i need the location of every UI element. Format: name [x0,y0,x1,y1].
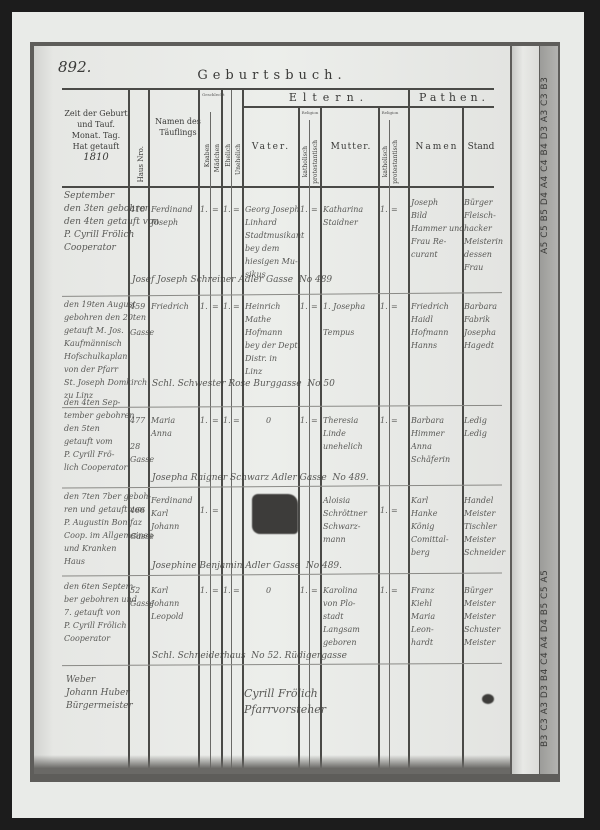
header-godparents: Pathen. [414,92,494,103]
page-bottom-shadow [34,755,510,774]
entry-father-catholic: 1. [300,300,308,313]
entry-father-catholic: 1. [300,203,308,216]
entry-godparent-status: Barbara Fabrik Josepha Hagedt [464,300,497,352]
col-rule [198,90,200,774]
entry-girl: = [212,300,219,313]
entry-legit: 1. [223,584,231,597]
header-top-rule [62,88,494,90]
page-title: Geburtsbuch. [34,68,510,83]
entry-address-note: Josepha Raigner Schwarz Adler Gasse No 4… [152,472,369,485]
strip-label-bottom: B3 C3 A3 D3 B4 C4 A4 D4 B5 C5 A5 [540,546,558,770]
entry-godparent-status: Ledig Ledig [464,414,487,440]
col-rule [309,120,310,774]
entry-mother-catholic: 1. [380,504,388,517]
entry-father-catholic: 1. [300,414,308,427]
entry-mother-catholic: 1. [380,300,388,313]
header-godparent-status: Stand [464,142,498,153]
header-father: Vater. [246,142,296,153]
entry-mother-protestant: = [391,504,398,517]
entry-illegit: = [233,414,240,427]
entry-girl: = [212,203,219,216]
entry-illegit: = [233,300,240,313]
entry-godparent-status: Bürger Fleisch- hacker Meisterin dessen … [464,196,503,274]
entry-father: Heinrich Mathe Hofmann bey der Dept. Dis… [245,300,300,378]
entry-mother: Karolina von Plo- stadt Langsam geboren [323,584,360,649]
eltern-group-rule [242,106,408,108]
header-date: Zeit der Geburt und Tauf. Monat. Tag. Ha… [64,108,128,152]
col-rule [221,90,223,774]
entry-date: den 4ten Sep- tember gebohren den 5ten g… [64,396,134,474]
entry-godparent-name: Karl Hanke König Comittal- berg [411,494,449,559]
entry-date: September den 3ten gebohren den 4ten get… [64,190,159,255]
entry-godparent-status: Bürger Meister Meister Schuster Meister [464,584,500,649]
archive-color-strip: A5 C5 B5 D4 A4 C4 B4 D3 A3 C3 B3 B3 C3 A… [540,46,558,774]
entry-address-note: Josephine Benjamin Adler Gasse No 489. [152,560,342,573]
entry-boy: 1. [200,414,208,427]
entry-father-protestant: = [311,300,318,313]
entry-child-name: Ferdinand Joseph [151,203,193,229]
header-illegitimate: Unehelich [235,144,242,175]
entry-mother-protestant: = [391,203,398,216]
header-sex-group: Geschlecht [202,92,218,97]
entry-girl: = [212,504,219,517]
entry-illegit: = [233,584,240,597]
entry-girl: = [212,584,219,597]
register-page: 892. Geburtsbuch. Zeit der Geburt und Ta… [34,46,510,774]
entry-father-protestant: = [311,414,318,427]
entry-boy: 1. [200,504,208,517]
ink-blot [252,494,298,534]
entry-father: 0 [266,584,271,597]
entry-address-note: Schl. Schwester Rose Burggasse No 50 [152,378,335,391]
entry-mother-catholic: 1. [380,414,388,427]
entry-mother: Theresia Linde unehelich [323,414,363,453]
entry-child-name: Maria Anna [151,414,175,440]
col-rule [408,90,410,774]
col-rule [320,106,322,774]
entry-girl: = [212,414,219,427]
header-mother-protestant: protestantisch [392,140,399,184]
entry-godparent-name: Friedrich Haidl Hofmann Hanns [411,300,449,352]
header-house-no: Haus Nro. [137,146,145,182]
header-father-catholic: katholisch [302,146,309,177]
header-parents: Eltern. [274,92,384,103]
entry-child-name: Ferdinand Karl Johann [151,494,193,533]
footer-left-note: Weber Johann Huber Bürgermeister [66,674,133,713]
entry-father: 0 [266,414,271,427]
entry-mother-protestant: = [391,414,398,427]
header-mother: Mutter. [326,142,376,153]
strip-label-top: A5 C5 B5 D4 A4 C4 B4 D3 A3 C3 B3 [540,50,558,280]
entry-father-protestant: = [311,584,318,597]
header-girl: Mädchen [214,144,221,172]
entry-mother: 1. Josepha Tempus [323,300,365,339]
header-mother-religion: Religion [380,110,400,115]
col-rule [389,120,390,774]
header-bottom-rule [62,186,494,188]
entry-mother-catholic: 1. [380,584,388,597]
entry-address-note: Josef Joseph Schreiner Adler Gasse No 48… [132,274,332,287]
entry-mother: Katharina Staidner [323,203,363,229]
entry-house-no: 410 [130,203,145,216]
entry-mother-catholic: 1. [380,203,388,216]
col-rule [210,112,211,774]
priest-signature: Cyrill Frölich Pfarrvorsteher [244,686,326,718]
entry-address-note: Schl. Schneiderhaus No 52. Rüdigergasse [152,650,347,663]
entry-boy: 1. [200,584,208,597]
entry-date: den 6ten Septem- ber gebohren und 7. get… [64,580,137,645]
entry-godparent-name: Joseph Bild Hammer und Frau Re- curant [411,196,464,261]
col-rule [231,90,232,774]
entry-mother: Aloisia Schröttner Schwarz- mann [323,494,367,546]
entry-illegit: = [233,203,240,216]
entry-father-protestant: = [311,203,318,216]
entry-child-name: Friedrich [151,300,189,313]
entry-mother-protestant: = [391,584,398,597]
entry-legit: 1. [223,300,231,313]
adjacent-page-edge [512,46,539,774]
header-child-name: Namen des Täuflings [154,116,202,138]
entry-boy: 1. [200,203,208,216]
col-rule [242,90,244,774]
entry-mother-protestant: = [391,300,398,313]
entry-father-catholic: 1. [300,584,308,597]
pathen-group-rule [410,106,494,108]
entry-godparent-name: Franz Kiehl Maria Leon- hardt [411,584,435,649]
entry-father: Georg Joseph Linhard Stadtmusikant bey d… [245,203,304,281]
header-father-religion: Religion [300,110,320,115]
entry-child-name: Karl Johann Leopold [151,584,183,623]
header-mother-catholic: katholisch [382,146,389,177]
entry-godparent-status: Handel Meister Tischler Meister Schneide… [464,494,505,559]
entry-godparent-name: Barbara Himmer Anna Schäferin [411,414,450,466]
entry-legit: 1. [223,203,231,216]
header-father-protestant: protestantisch [312,140,319,184]
entry-legit: 1. [223,414,231,427]
ink-spot [482,694,494,704]
header-godparent-name: Namen [412,142,462,153]
header-year: 1810 [64,152,128,163]
entry-boy: 1. [200,300,208,313]
